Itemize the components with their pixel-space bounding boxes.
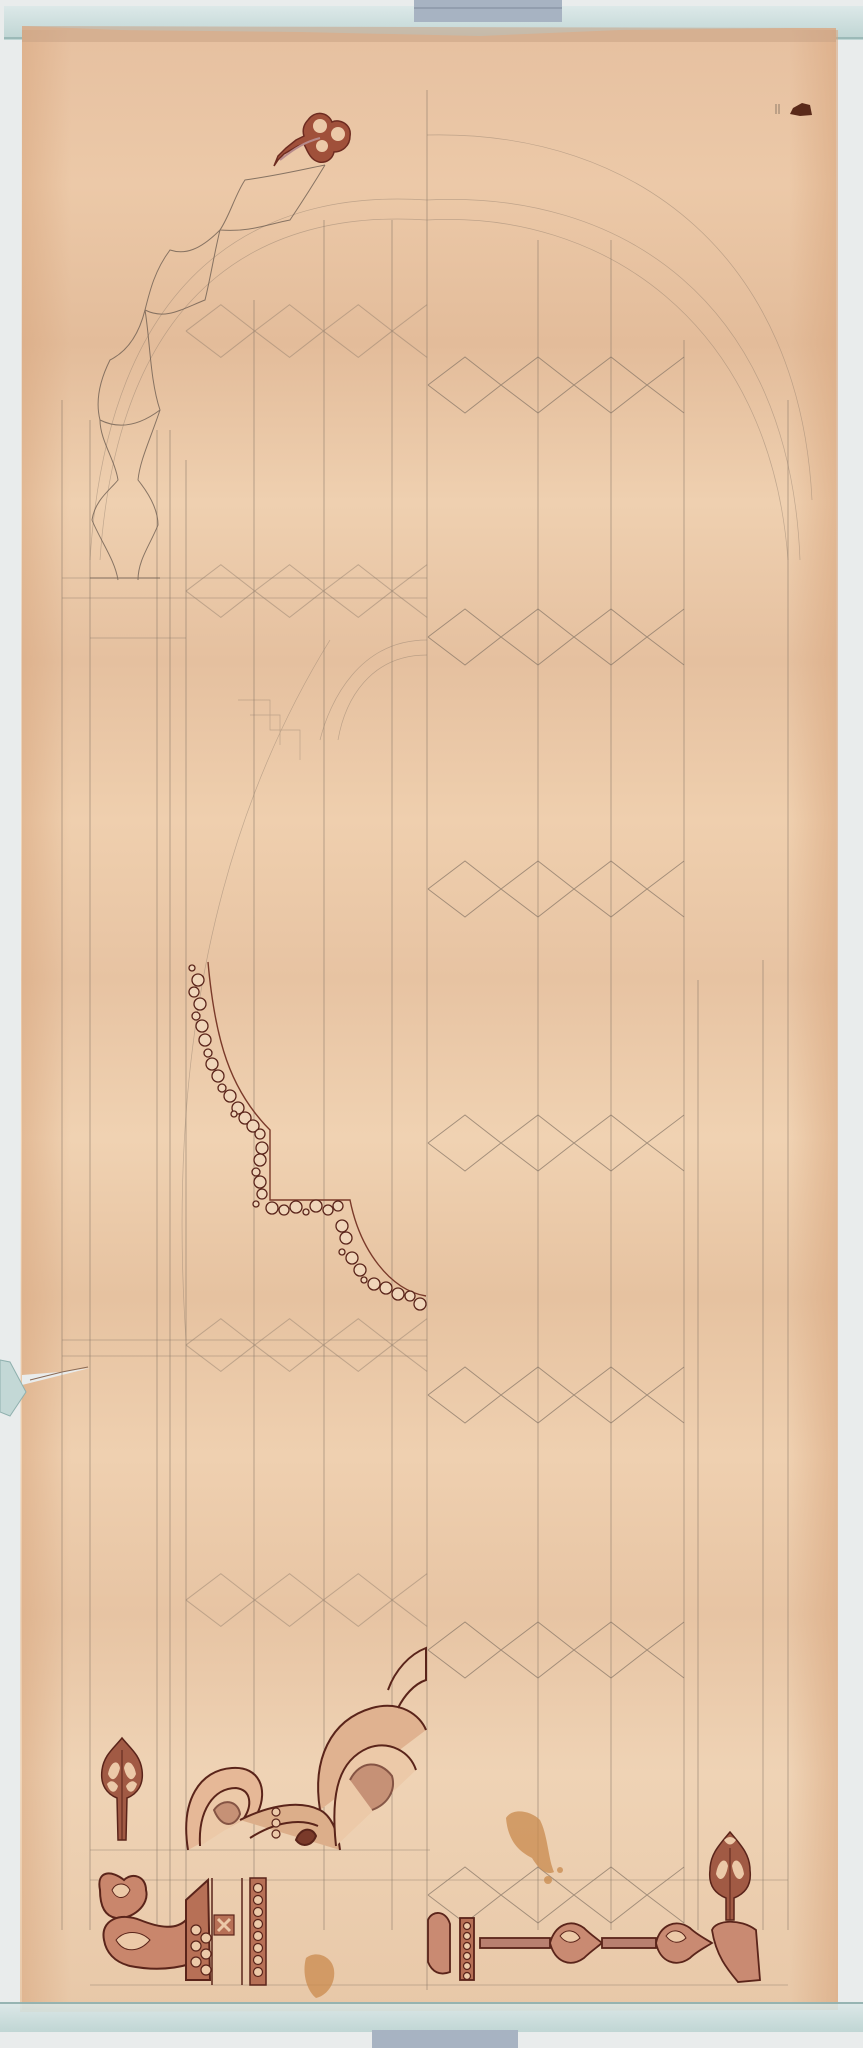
paper-sheet [20, 26, 838, 2012]
top-clip [414, 0, 562, 22]
artwork-canvas [0, 0, 863, 2048]
bottom-mount-strip [0, 2002, 863, 2048]
drawing-svg [0, 0, 863, 2048]
bottom-clip [372, 2030, 518, 2048]
